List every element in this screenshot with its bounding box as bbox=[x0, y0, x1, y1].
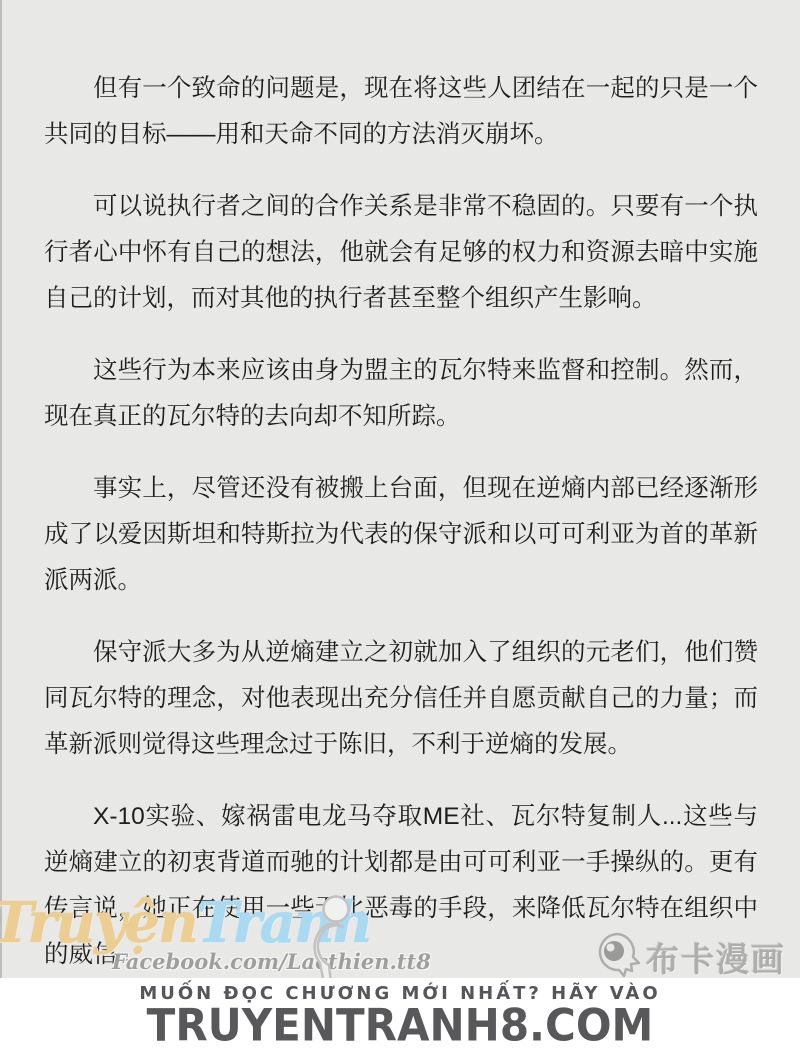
footer-site-url: TRUYENTRANH8.COM bbox=[0, 1003, 800, 1049]
paragraph-3: 这些行为本来应该由身为盟主的瓦尔特来监督和控制。然而，现在真正的瓦尔特的去向却不… bbox=[44, 348, 758, 440]
footer-banner: MUỐN ĐỌC CHƯƠNG MỚI NHẤT? HÃY VÀO TRUYEN… bbox=[0, 978, 800, 1050]
scanned-paper: 但有一个致命的问题是，现在将这些人团结在一起的只是一个共同的目标——用和天命不同… bbox=[0, 0, 800, 978]
paragraph-6: X-10实验、嫁祸雷电龙马夺取ME社、瓦尔特复制人...这些与逆熵建立的初衷背道… bbox=[44, 794, 758, 978]
paragraph-4: 事实上，尽管还没有被搬上台面，但现在逆熵内部已经逐渐形成了以爱因斯坦和特斯拉为代… bbox=[44, 466, 758, 604]
paragraph-2: 可以说执行者之间的合作关系是非常不稳固的。只要有一个执行者心中怀有自己的想法，他… bbox=[44, 184, 758, 322]
comic-text-page: 但有一个致命的问题是，现在将这些人团结在一起的只是一个共同的目标——用和天命不同… bbox=[0, 0, 800, 1050]
paragraph-1: 但有一个致命的问题是，现在将这些人团结在一起的只是一个共同的目标——用和天命不同… bbox=[44, 66, 758, 158]
paragraph-5: 保守派大多为从逆熵建立之初就加入了组织的元老们，他们赞同瓦尔特的理念，对他表现出… bbox=[44, 630, 758, 768]
